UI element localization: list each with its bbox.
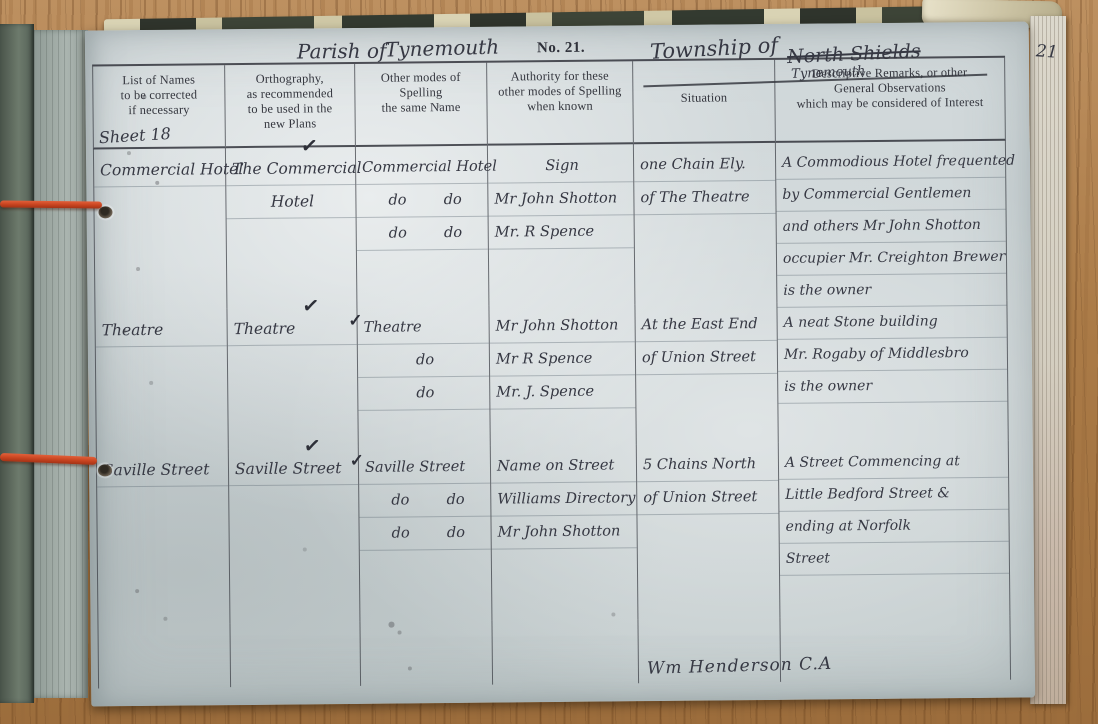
row2-other-spellings-cell: Theatre do do	[357, 306, 490, 447]
row1-authority-cell: Sign Mr John Shotton Mr. R Spence	[488, 144, 636, 305]
row1-name-cell: Commercial Hotel	[93, 148, 228, 309]
binding-punch-hole	[98, 464, 112, 476]
row1-situation-cell: one Chain Ely. of The Theatre	[634, 143, 778, 304]
column-header-situation: Situation	[633, 60, 776, 144]
binding-punch-hole	[98, 206, 112, 218]
checkmark-icon: ✓	[348, 311, 362, 331]
red-binding-thread	[0, 200, 102, 208]
row1-orthography-cell: ✓ The Commercial Hotel	[226, 147, 358, 308]
parish-name: Tynemouth	[385, 35, 500, 62]
row2-name-cell: Theatre	[94, 308, 228, 449]
row2-remarks-cell: A neat Stone building Mr. Rogaby of Midd…	[777, 301, 1008, 443]
checkmark-icon: ✓	[301, 292, 321, 319]
row1-remarks-cell: A Commodious Hotel frequented by Commerc…	[776, 141, 1008, 303]
checkmark-icon: ✓	[350, 451, 364, 471]
page-number: 21	[1035, 41, 1058, 62]
row3-situation-cell: 5 Chains North of Union Street	[637, 443, 781, 619]
checkmark-icon: ✓	[302, 432, 322, 459]
row3-other-spellings-cell: Saville Street do do do do	[359, 446, 493, 622]
left-page-stack-edge	[34, 30, 88, 698]
column-header-descriptive-remarks: Descriptive Remarks, or other General Ob…	[775, 58, 1006, 143]
right-page-stack-edge	[1030, 16, 1066, 704]
checkmark-icon: ✓	[299, 132, 319, 159]
ledger-page: Parish of Tynemouth No. 21. Township of …	[85, 21, 1035, 706]
row3-authority-cell: Name on Street Williams Directory Mr Joh…	[491, 444, 639, 620]
row1-other-spellings-cell: Commercial Hotel do do do do	[356, 146, 490, 307]
row3-remarks-cell: A Street Commencing at Little Bedford St…	[779, 441, 1011, 618]
book-number: No. 21.	[537, 40, 585, 57]
column-header-authority: Authority for these other modes of Spell…	[487, 61, 634, 145]
column-header-list-of-names: List of Names to be corrected if necessa…	[92, 65, 226, 149]
column-header-other-modes: Other modes of Spelling the same Name	[355, 63, 488, 147]
row2-authority-cell: Mr John Shotton Mr R Spence Mr. J. Spenc…	[489, 304, 636, 445]
book-cover-left-edge	[0, 24, 34, 703]
ink-specks	[85, 31, 87, 33]
parish-label: Parish of	[297, 39, 387, 64]
empty-cell	[230, 622, 361, 687]
row3-orthography-cell: ✓ ✓ Saville Street	[229, 447, 361, 623]
photographed-ledger-scene: Parish of Tynemouth No. 21. Township of …	[0, 0, 1098, 724]
column-header-orthography: Orthography, as recommended to be used i…	[225, 64, 356, 148]
empty-cell	[492, 619, 639, 684]
empty-cell	[360, 621, 493, 686]
name-book-table: List of Names to be corrected if necessa…	[92, 56, 1011, 689]
row3-name-cell: Saville Street	[96, 448, 231, 624]
row2-orthography-cell: ✓ ✓ Theatre	[227, 307, 358, 448]
sheet-note: Sheet 18	[98, 124, 171, 147]
empty-cell	[97, 623, 231, 688]
row2-situation-cell: At the East End of Union Street	[635, 303, 778, 444]
